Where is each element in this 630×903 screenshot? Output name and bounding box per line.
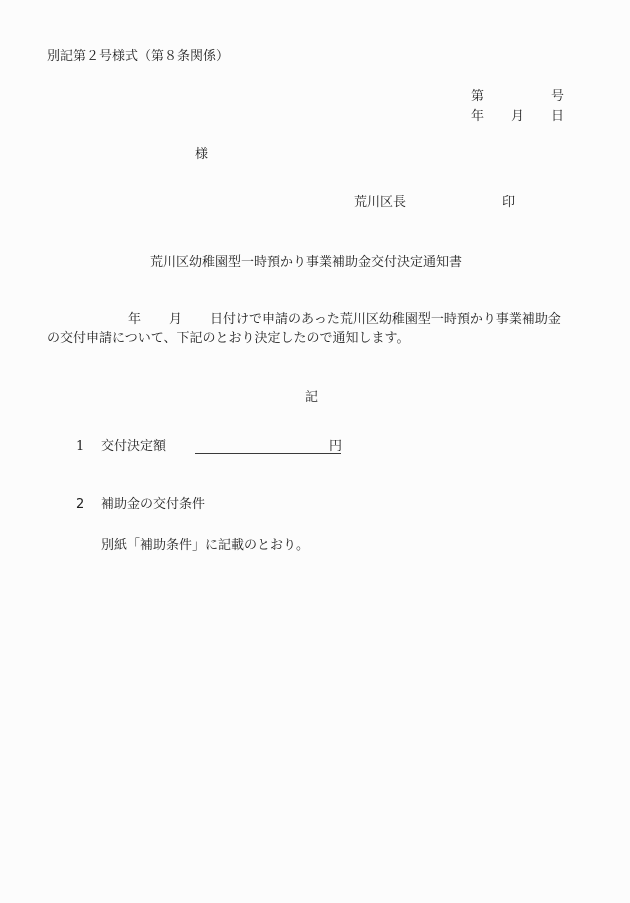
body-month-label: 月 — [169, 312, 182, 327]
date-month-label: 月 — [511, 110, 524, 123]
ki-heading: 記 — [305, 391, 318, 404]
item-2-detail: 別紙「補助条件」に記載のとおり。 — [101, 539, 309, 552]
item-2-label: 補助金の交付条件 — [101, 498, 205, 511]
amount-unit: 円 — [329, 440, 342, 453]
date-day-label: 日 — [551, 110, 564, 123]
body-year-label: 年 — [128, 312, 141, 327]
body-line-2: の交付申請について、下記のとおり決定したので通知します。 — [47, 332, 409, 345]
reference-number-prefix: 第 — [471, 90, 484, 103]
item-2-number: 2 — [76, 498, 84, 511]
grant-amount-field[interactable] — [195, 437, 341, 454]
reference-number-suffix: 号 — [551, 90, 564, 103]
item-1-number: 1 — [76, 440, 84, 453]
recipient-honorific: 様 — [195, 148, 208, 161]
item-1-label: 交付決定額 — [101, 440, 166, 453]
document-title: 荒川区幼稚園型一時預かり事業補助金交付決定通知書 — [150, 256, 462, 269]
seal-mark: 印 — [502, 196, 515, 209]
body-line-1-rest: 日付けで申請のあった荒川区幼稚園型一時預かり事業補助金 — [210, 312, 561, 327]
form-number: 別記第２号様式（第８条関係） — [47, 50, 229, 63]
date-year-label: 年 — [471, 110, 484, 123]
body-line-1: 年月日付けで申請のあった荒川区幼稚園型一時預かり事業補助金 — [128, 313, 561, 326]
issuer-title: 荒川区長 — [354, 196, 406, 209]
